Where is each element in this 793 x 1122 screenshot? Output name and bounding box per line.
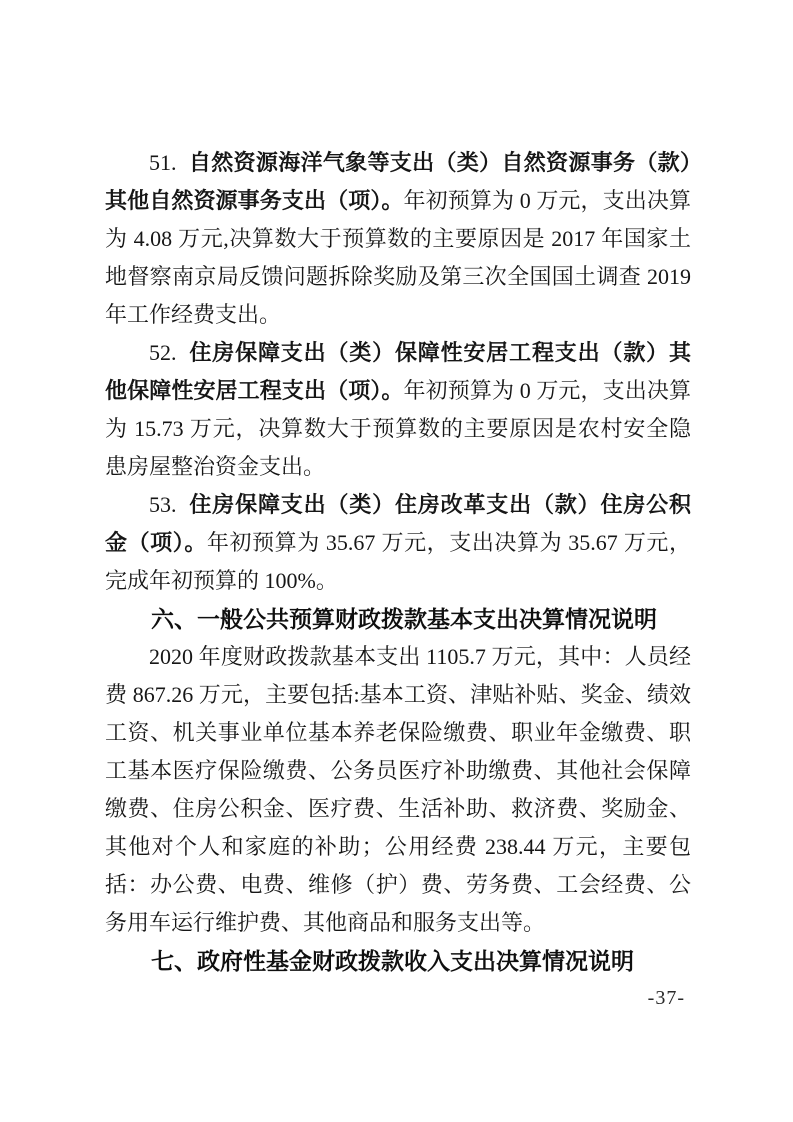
document-page: 51.自然资源海洋气象等支出（类）自然资源事务（款）其他自然资源事务支出（项）。… xyxy=(0,0,793,1122)
budget-item-51: 51.自然资源海洋气象等支出（类）自然资源事务（款）其他自然资源事务支出（项）。… xyxy=(105,144,691,334)
item-52-number: 52. xyxy=(149,340,177,365)
section-6-heading: 六、一般公共预算财政拨款基本支出决算情况说明 xyxy=(105,600,691,638)
budget-item-52: 52.住房保障支出（类）保障性安居工程支出（款）其他保障性安居工程支出（项）。年… xyxy=(105,334,691,486)
section-7-heading: 七、政府性基金财政拨款收入支出决算情况说明 xyxy=(105,942,691,980)
section-6-paragraph: 2020 年度财政拨款基本支出 1105.7 万元，其中：人员经费 867.26… xyxy=(105,638,691,942)
item-53-number: 53. xyxy=(149,492,177,517)
report-body: 51.自然资源海洋气象等支出（类）自然资源事务（款）其他自然资源事务支出（项）。… xyxy=(105,144,691,980)
item-51-number: 51. xyxy=(149,150,177,175)
budget-item-53: 53.住房保障支出（类）住房改革支出（款）住房公积金（项）。年初预算为 35.6… xyxy=(105,486,691,600)
page-number: -37- xyxy=(648,986,685,1010)
